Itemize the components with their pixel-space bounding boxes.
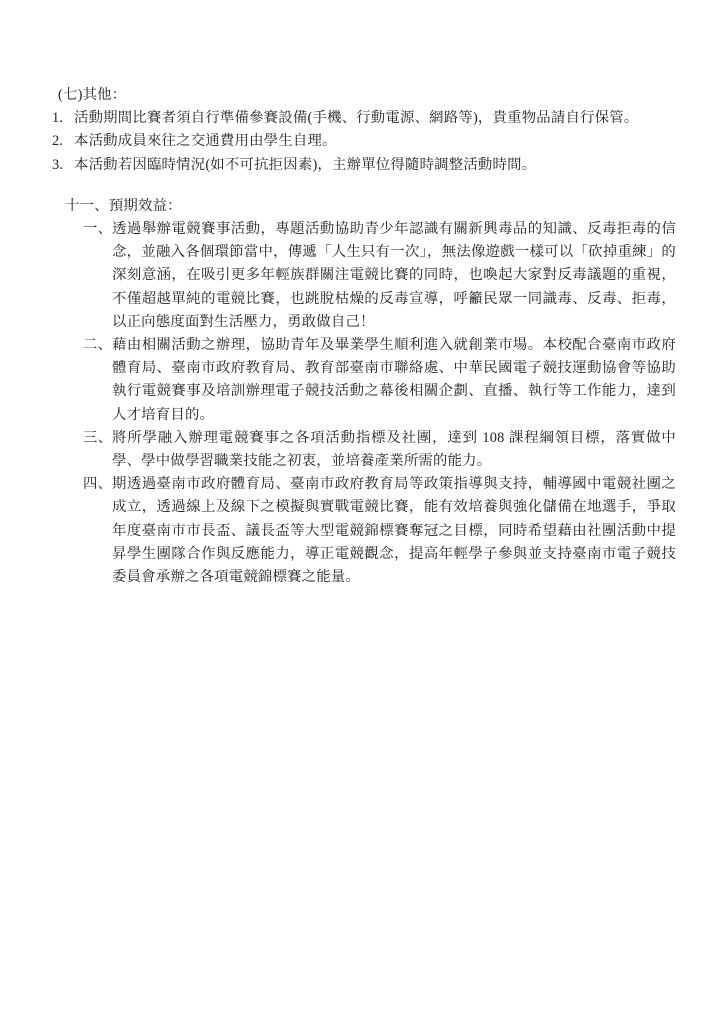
list-item-number: 2. bbox=[52, 130, 63, 153]
section-other: (七)其他： 1. 活動期間比賽者須自行準備參賽設備(手機、行動電源、網路等)，… bbox=[52, 84, 676, 177]
other-list: 1. 活動期間比賽者須自行準備參賽設備(手機、行動電源、網路等)，貴重物品請自行… bbox=[52, 107, 676, 177]
list-item-number: 一、 bbox=[83, 218, 112, 241]
list-item: 三、 將所學融入辦理電競賽事之各項活動指標及社團，達到 108 課程綱領目標，落… bbox=[83, 427, 676, 473]
list-item-text: 本活動成員來往之交通費用由學生自理。 bbox=[74, 133, 337, 149]
list-item-number: 四、 bbox=[83, 473, 112, 496]
list-item-number: 二、 bbox=[83, 334, 112, 357]
list-item: 2. 本活動成員來往之交通費用由學生自理。 bbox=[52, 130, 676, 153]
list-item-number: 三、 bbox=[83, 427, 112, 450]
list-item: 四、 期透過臺南市政府體育局、臺南市政府教育局等政策指導與支持，輔導國中電競社團… bbox=[83, 473, 676, 589]
document-page: (七)其他： 1. 活動期間比賽者須自行準備參賽設備(手機、行動電源、網路等)，… bbox=[0, 0, 724, 1024]
list-item-text: 將所學融入辦理電競賽事之各項活動指標及社團，達到 108 課程綱領目標，落實做中… bbox=[112, 430, 676, 469]
list-item: 1. 活動期間比賽者須自行準備參賽設備(手機、行動電源、網路等)，貴重物品請自行… bbox=[52, 107, 676, 130]
list-item-text: 本活動若因臨時情況(如不可抗拒因素)，主辦單位得隨時調整活動時間。 bbox=[74, 157, 536, 173]
list-item-number: 1. bbox=[52, 107, 63, 130]
list-item-text: 透過舉辦電競賽事活動，專題活動協助青少年認識有關新興毒品的知識、反毒拒毒的信念，… bbox=[112, 221, 676, 330]
list-item-number: 3. bbox=[52, 154, 63, 177]
list-item-text: 藉由相關活動之辦理，協助青年及畢業學生順利進入就創業市場。本校配合臺南市政府體育… bbox=[112, 337, 676, 423]
list-item: 一、 透過舉辦電競賽事活動，專題活動協助青少年認識有關新興毒品的知識、反毒拒毒的… bbox=[83, 218, 676, 334]
section-benefits-heading: 十一、預期效益： bbox=[65, 195, 676, 218]
section-expected-benefits: 十一、預期效益： 一、 透過舉辦電競賽事活動，專題活動協助青少年認識有關新興毒品… bbox=[52, 195, 676, 589]
list-item: 3. 本活動若因臨時情況(如不可抗拒因素)，主辦單位得隨時調整活動時間。 bbox=[52, 154, 676, 177]
list-item: 二、 藉由相關活動之辦理，協助青年及畢業學生順利進入就創業市場。本校配合臺南市政… bbox=[83, 334, 676, 427]
list-item-text: 活動期間比賽者須自行準備參賽設備(手機、行動電源、網路等)，貴重物品請自行保管。 bbox=[74, 110, 638, 126]
document-content: (七)其他： 1. 活動期間比賽者須自行準備參賽設備(手機、行動電源、網路等)，… bbox=[52, 84, 676, 589]
section-other-heading: (七)其他： bbox=[58, 84, 676, 107]
list-item-text: 期透過臺南市政府體育局、臺南市政府教育局等政策指導與支持，輔導國中電競社團之成立… bbox=[112, 476, 676, 585]
benefits-list: 一、 透過舉辦電競賽事活動，專題活動協助青少年認識有關新興毒品的知識、反毒拒毒的… bbox=[83, 218, 676, 589]
